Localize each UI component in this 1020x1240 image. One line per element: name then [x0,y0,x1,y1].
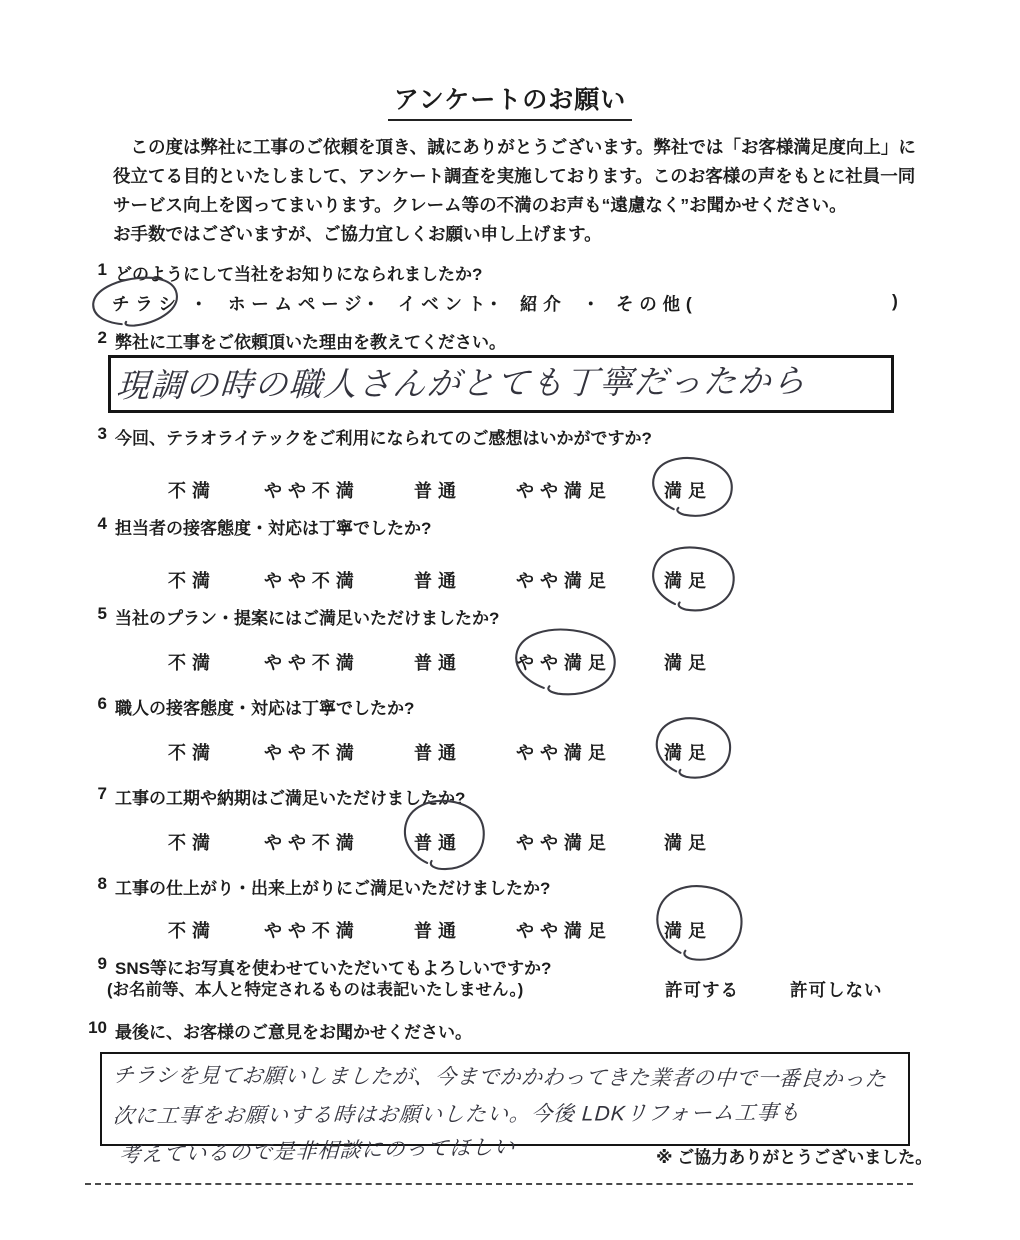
question-number: 9 [85,954,107,979]
option-futsuu: 普通 [414,649,462,675]
option-yaya-fuman: やや不満 [264,917,360,943]
option-event: イベント [398,291,491,316]
selection-circle-q6 [649,712,736,785]
question-10: 10 最後に、お客様のご意見をお聞かせください。 [85,1018,472,1043]
option-yaya-manzoku: やや満足 [516,917,612,943]
selection-circle-q3 [645,451,739,524]
question-number: 7 [85,784,107,809]
question-text: 当社のプラン・提案にはご満足いただけましたか? [115,604,499,629]
selection-circle-q5 [508,623,622,701]
intro-line: 役立てる目的といたしまして、アンケート調査を実施しております。このお客様の声をも… [113,162,923,191]
question-7-options: 不満 やや不満 普通 やや満足 満足 [0,829,1020,859]
question-number: 5 [85,604,107,629]
option-futsuu: 普通 [414,917,462,943]
survey-sheet: アンケートのお願い この度は弊社に工事のご依頼を頂き、誠にありがとうございます。… [0,0,1020,1240]
option-other-close-paren: ) [892,291,904,312]
option-fuman: 不満 [168,649,216,675]
question-6: 6 職人の接客態度・対応は丁寧でしたか? [85,694,414,719]
option-yaya-fuman: やや不満 [264,477,360,503]
cut-line [85,1183,913,1185]
question-3-options: 不満 やや不満 普通 やや満足 満足 [0,477,1020,507]
option-separator: ・ [582,291,605,316]
handwritten-answer-q10-line2: 次に工事をお願いする時はお願いしたい。今後 LDKリフォーム工事も [112,1096,802,1130]
option-fuman: 不満 [168,567,216,593]
question-number: 8 [85,874,107,899]
option-not-permit: 許可しない [790,977,883,1002]
question-3: 3 今回、テラオライテックをご利用になられてのご感想はいかがですか? [85,424,652,449]
option-fuman: 不満 [168,829,216,855]
intro-line: この度は弊社に工事のご依頼を頂き、誠にありがとうございます。弊社では「お客様満足… [113,133,923,162]
option-manzoku: 満足 [664,829,712,855]
option-fuman: 不満 [168,739,216,765]
question-number: 4 [85,514,107,539]
intro-paragraph: この度は弊社に工事のご依頼を頂き、誠にありがとうございます。弊社では「お客様満足… [113,133,923,249]
option-yaya-manzoku: やや満足 [516,567,612,593]
intro-line: お手数ではございますが、ご協力宜しくお願い申し上げます。 [113,220,923,249]
question-text: 担当者の接客態度・対応は丁寧でしたか? [115,514,431,539]
option-separator: ・ [485,291,508,316]
question-5: 5 当社のプラン・提案にはご満足いただけましたか? [85,604,499,629]
question-text: 弊社に工事をご依頼頂いた理由を教えてください。 [115,328,506,353]
question-4: 4 担当者の接客態度・対応は丁寧でしたか? [85,514,431,539]
question-number: 10 [85,1018,107,1043]
option-futsuu: 普通 [414,567,462,593]
option-other: その他( [616,291,697,316]
question-6-options: 不満 やや不満 普通 やや満足 満足 [0,739,1020,769]
option-fuman: 不満 [168,477,216,503]
option-homepage: ホームページ [228,291,367,316]
handwritten-answer-q2: 現調の時の職人さんがとても丁寧だったから [115,355,808,407]
option-permit: 許可する [665,977,739,1002]
question-8: 8 工事の仕上がり・出来上がりにご満足いただけましたか? [85,874,550,899]
question-text: 今回、テラオライテックをご利用になられてのご感想はいかがですか? [115,424,652,449]
option-futsuu: 普通 [414,739,462,765]
closing-note: ※ ご協力ありがとうございました。 [656,1143,932,1168]
option-manzoku: 満足 [664,649,712,675]
option-fuman: 不満 [168,917,216,943]
question-number: 6 [85,694,107,719]
option-yaya-manzoku: やや満足 [516,739,612,765]
question-text: 工事の仕上がり・出来上がりにご満足いただけましたか? [115,874,550,899]
selection-circle-q7 [399,795,490,874]
question-8-options: 不満 やや不満 普通 やや満足 満足 [0,917,1020,947]
selection-circle-q8 [650,880,748,967]
selection-circle-q4 [646,541,741,617]
handwritten-answer-q10-line1: チラシを見てお願いしましたが、今までかかわってきた業者の中で一番良かった [112,1059,888,1093]
option-yaya-fuman: やや不満 [264,829,360,855]
question-number: 3 [85,424,107,449]
option-yaya-fuman: やや不満 [264,649,360,675]
option-referral: 紹介 [520,291,567,316]
question-9-options: 許可する 許可しない [0,977,1020,1007]
question-text: 職人の接客態度・対応は丁寧でしたか? [115,694,414,719]
intro-line: サービス向上を図ってまいります。クレーム等の不満のお声も“遠慮なく”お聞かせくだ… [113,191,923,220]
question-2: 2 弊社に工事をご依頼頂いた理由を教えてください。 [85,328,506,353]
page-title: アンケートのお願い [0,80,1020,121]
option-yaya-manzoku: やや満足 [516,477,612,503]
option-yaya-manzoku: やや満足 [516,829,612,855]
option-yaya-fuman: やや不満 [264,567,360,593]
question-4-options: 不満 やや不満 普通 やや満足 満足 [0,567,1020,597]
option-yaya-fuman: やや不満 [264,739,360,765]
question-number: 2 [85,328,107,353]
question-text: 最後に、お客様のご意見をお聞かせください。 [115,1018,472,1043]
option-futsuu: 普通 [414,477,462,503]
option-separator: ・ [362,291,385,316]
option-separator: ・ [190,291,213,316]
